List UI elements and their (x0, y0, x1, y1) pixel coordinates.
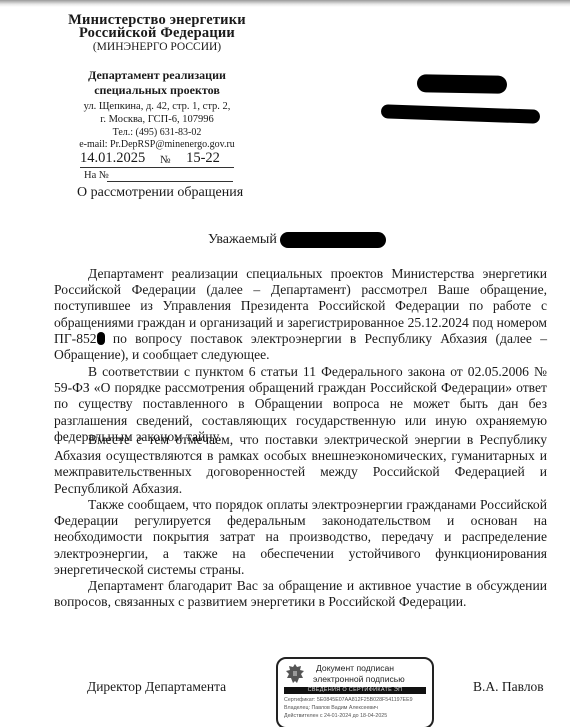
paragraph-3: Вместе с тем отмечаем, что поставки элек… (54, 432, 547, 497)
paragraph-5: Департамент благодарит Вас за обращение … (54, 578, 547, 610)
address-line2: г. Москва, ГСП-6, 107996 (54, 113, 260, 126)
ministry-name-line2: Российской Федерации (54, 27, 260, 40)
reply-to-line (107, 181, 233, 182)
signatory-name: В.А. Павлов (473, 679, 544, 695)
contacts: Тел.: (495) 631-83-02 e-mail: Pr.DepRSP@… (54, 127, 260, 151)
registration-number: 15-22 (172, 150, 234, 168)
greeting: Уважаемый (208, 232, 277, 248)
redacted-recipient-address (381, 104, 540, 124)
paragraph-4: Также сообщаем, что порядок оплаты элект… (54, 497, 547, 578)
viewer-top-shadow (0, 0, 570, 7)
department-name: Департамент реализации специальных проек… (54, 68, 260, 98)
paragraph-3-text: Вместе с тем отмечаем, что поставки элек… (54, 432, 547, 497)
redacted-recipient-name (417, 74, 507, 94)
subject: О рассмотрении обращения (77, 185, 243, 201)
stamp-certificate: Сертификат: 5E0845E07AA812F25B028F541197… (284, 697, 413, 703)
stamp-owner: Владелец: Павлов Вадим Алексеевич (284, 705, 378, 711)
e-signature-stamp: Документ подписан электронной подписью С… (276, 657, 434, 727)
stamp-title-line2: электронной подписью (313, 674, 405, 684)
address: ул. Щепкина, д. 42, стр. 1, стр. 2, г. М… (54, 100, 260, 126)
signatory-title: Директор Департамента (87, 679, 226, 695)
paragraph-1-text-b: по вопросу поставок электроэнергии в Рес… (54, 331, 547, 362)
paragraph-1: Департамент реализации специальных проек… (54, 266, 547, 363)
ministry-short-name: (МИНЭНЕРГО РОССИИ) (54, 41, 260, 53)
stamp-certificate-header: СВЕДЕНИЯ О СЕРТИФИКАТЕ ЭП (284, 687, 426, 694)
address-line1: ул. Щепкина, д. 42, стр. 1, стр. 2, (54, 100, 260, 113)
paragraph-5-text: Департамент благодарит Вас за обращение … (54, 578, 547, 610)
department-name-line2: специальных проектов (54, 83, 260, 98)
stamp-validity: Действителен с 24-01-2024 до 18-04-2025 (284, 713, 387, 719)
redacted-greeting-name (280, 232, 386, 248)
paragraph-4-text: Также сообщаем, что порядок оплаты элект… (54, 497, 547, 578)
coat-of-arms-icon (285, 663, 305, 685)
phone: Тел.: (495) 631-83-02 (54, 127, 260, 139)
number-sign: № (160, 154, 171, 166)
department-name-line1: Департамент реализации (54, 68, 260, 83)
stamp-title-line1: Документ подписан (316, 663, 394, 673)
reply-to-label: На № (84, 170, 109, 181)
ministry-name: Министерство энергетики Российской Федер… (54, 14, 260, 40)
redacted-number-digit (97, 332, 105, 345)
